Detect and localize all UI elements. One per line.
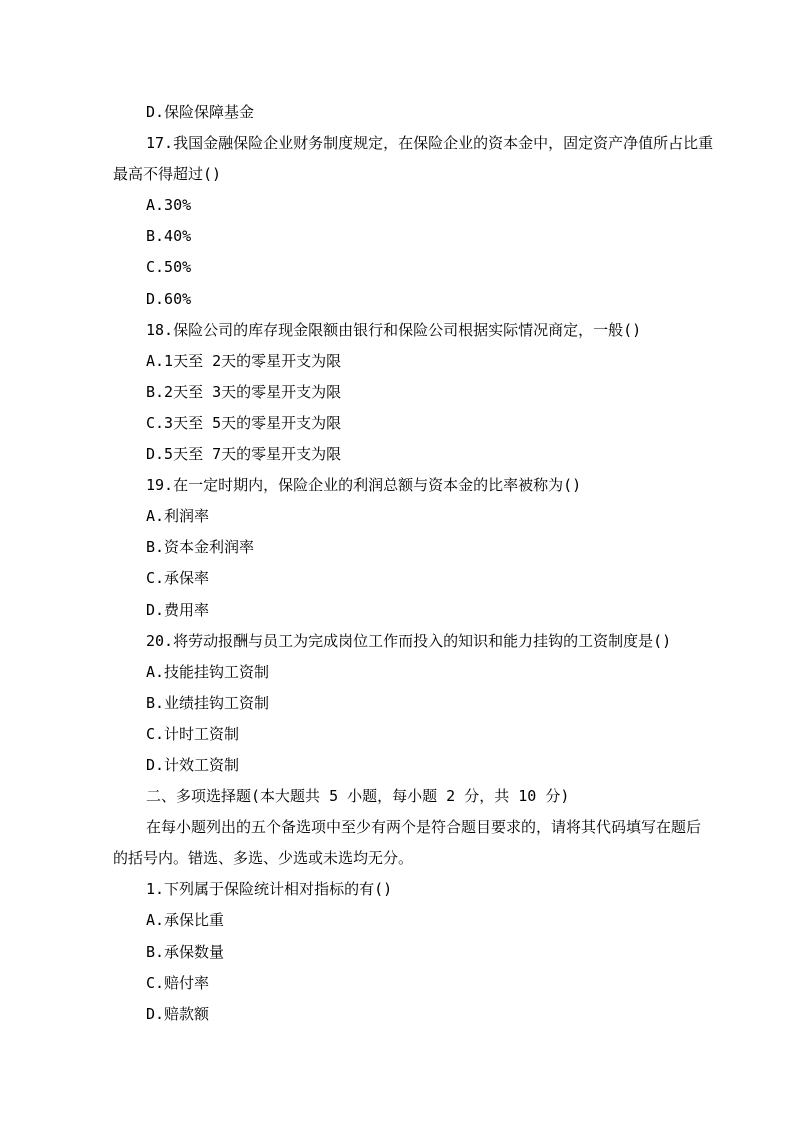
q18-option-a: A.1天至 2天的零星开支为限 — [113, 346, 694, 377]
s2q1-option-b: B.承保数量 — [113, 937, 694, 968]
q20-stem: 20.将劳动报酬与员工为完成岗位工作而投入的知识和能力挂钩的工资制度是() — [113, 626, 694, 657]
q19-stem: 19.在一定时期内，保险企业的利润总额与资本金的比率被称为() — [113, 470, 694, 501]
q20-option-c: C.计时工资制 — [113, 719, 694, 750]
document-page: D.保险保障基金 17.我国金融保险企业财务制度规定，在保险企业的资本金中，固定… — [0, 0, 794, 1123]
q17-option-b: B.40% — [113, 221, 694, 252]
q17-option-d: D.60% — [113, 284, 694, 315]
q16-option-d: D.保险保障基金 — [113, 97, 694, 128]
q18-option-c: C.3天至 5天的零星开支为限 — [113, 408, 694, 439]
q19-option-a: A.利润率 — [113, 501, 694, 532]
q20-option-d: D.计效工资制 — [113, 750, 694, 781]
q19-option-d: D.费用率 — [113, 595, 694, 626]
s2q1-stem: 1.下列属于保险统计相对指标的有() — [113, 874, 694, 905]
q17-option-a: A.30% — [113, 190, 694, 221]
question-18: 18.保险公司的库存现金限额由银行和保险公司根据实际情况商定，一般() A.1天… — [113, 315, 694, 470]
s2q1-option-a: A.承保比重 — [113, 905, 694, 936]
q18-stem: 18.保险公司的库存现金限额由银行和保险公司根据实际情况商定，一般() — [113, 315, 694, 346]
section-single-choice-tail: D.保险保障基金 17.我国金融保险企业财务制度规定，在保险企业的资本金中，固定… — [113, 97, 694, 781]
q17-option-c: C.50% — [113, 252, 694, 283]
s2q1-option-c: C.赔付率 — [113, 968, 694, 999]
q18-option-d: D.5天至 7天的零星开支为限 — [113, 439, 694, 470]
question-20: 20.将劳动报酬与员工为完成岗位工作而投入的知识和能力挂钩的工资制度是() A.… — [113, 626, 694, 781]
q18-option-b: B.2天至 3天的零星开支为限 — [113, 377, 694, 408]
question-19: 19.在一定时期内，保险企业的利润总额与资本金的比率被称为() A.利润率 B.… — [113, 470, 694, 625]
section2-instructions-line-2: 的括号内。错选、多选、少选或未选均无分。 — [113, 843, 694, 874]
section2-heading: 二、多项选择题(本大题共 5 小题，每小题 2 分，共 10 分) — [113, 781, 694, 812]
q19-option-b: B.资本金利润率 — [113, 532, 694, 563]
question-17: 17.我国金融保险企业财务制度规定，在保险企业的资本金中，固定资产净值所占比重 … — [113, 128, 694, 315]
q19-option-c: C.承保率 — [113, 563, 694, 594]
q20-option-b: B.业绩挂钩工资制 — [113, 688, 694, 719]
section2-instructions-line-1: 在每小题列出的五个备选项中至少有两个是符合题目要求的，请将其代码填写在题后 — [113, 812, 694, 843]
exam-content: D.保险保障基金 17.我国金融保险企业财务制度规定，在保险企业的资本金中，固定… — [113, 97, 694, 1030]
section-multiple-choice: 二、多项选择题(本大题共 5 小题，每小题 2 分，共 10 分) 在每小题列出… — [113, 781, 694, 1030]
section2-question-1: 1.下列属于保险统计相对指标的有() A.承保比重 B.承保数量 C.赔付率 D… — [113, 874, 694, 1029]
q20-option-a: A.技能挂钩工资制 — [113, 657, 694, 688]
q17-stem-line-2: 最高不得超过() — [113, 159, 694, 190]
q17-stem-line-1: 17.我国金融保险企业财务制度规定，在保险企业的资本金中，固定资产净值所占比重 — [113, 128, 694, 159]
s2q1-option-d: D.赔款额 — [113, 999, 694, 1030]
